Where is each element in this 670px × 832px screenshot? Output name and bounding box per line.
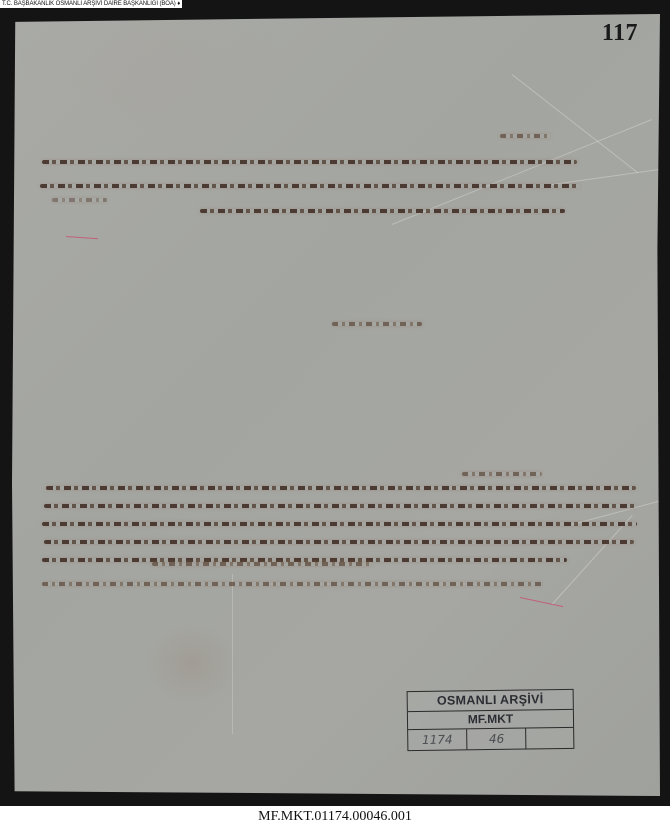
paper-crease [232, 574, 233, 734]
archive-stamp: OSMANLI ARŞİVİ MF.MKT 1174 46 [407, 689, 575, 751]
document-paper: 117 [12, 14, 660, 796]
paper-crease [552, 167, 670, 185]
handwriting-line [44, 540, 634, 544]
page-number: 117 [602, 20, 638, 47]
handwriting-line [46, 486, 636, 490]
handwriting-line [44, 504, 636, 508]
scanned-document: T.C. BAŞBAKANLIK OSMANLI ARŞİVİ DAİRE BA… [0, 0, 670, 806]
handwriting-line [152, 562, 372, 566]
stamp-archive-name: OSMANLI ARŞİVİ [408, 690, 573, 712]
paper-crease [512, 74, 639, 173]
handwriting-line [40, 184, 580, 188]
handwriting-line-middle [332, 322, 422, 326]
stamp-fond-code: MF.MKT [408, 710, 573, 730]
handwriting-line [42, 160, 577, 164]
document-reference-code: MF.MKT.01174.00046.001 [0, 806, 670, 832]
handwriting-line [200, 209, 565, 213]
stamp-file-number: 46 [467, 728, 526, 749]
handwriting-line [42, 522, 637, 526]
stamp-number-cells: 1174 46 [408, 728, 573, 750]
archive-watermark: T.C. BAŞBAKANLIK OSMANLI ARŞİVİ DAİRE BA… [0, 0, 182, 8]
red-pencil-mark [66, 236, 98, 239]
stamp-blank-cell [527, 728, 574, 749]
stamp-folder-number: 1174 [408, 729, 467, 750]
handwriting-line [42, 582, 542, 586]
handwriting-line [500, 134, 550, 138]
handwriting-line [462, 472, 542, 476]
handwriting-line [52, 198, 107, 202]
